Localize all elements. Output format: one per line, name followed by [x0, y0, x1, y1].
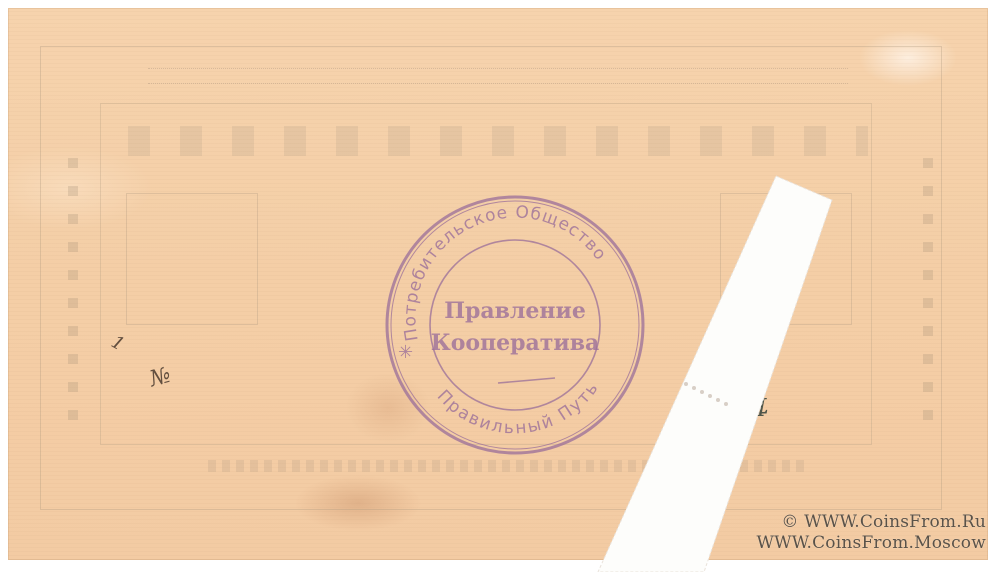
faded-side-border-left	[68, 158, 78, 438]
stamp-center-line-2: Кооператива	[431, 330, 600, 356]
handwritten-serial-mark: Ѣ3	[735, 392, 769, 420]
stamp-outer-text-bottom: Правильный Путь	[433, 378, 603, 439]
faded-denomination-box-left	[126, 193, 258, 325]
stamp-star-icon: ✳	[398, 342, 413, 363]
faded-footer-text	[208, 460, 808, 472]
watermark-line-1: © WWW.CoinsFrom.Ru	[756, 512, 986, 533]
faded-side-border-right	[923, 158, 933, 438]
faded-denomination-box-right	[720, 193, 852, 325]
stamp-center-line-1: Правление	[444, 298, 586, 324]
watermark-line-2: WWW.CoinsFrom.Moscow	[756, 533, 986, 554]
copyright-watermark: © WWW.CoinsFrom.Ru WWW.CoinsFrom.Moscow	[756, 512, 986, 554]
cooperative-stamp: Потребительское Общество Правильный Путь…	[380, 190, 650, 460]
faded-header-band	[148, 68, 848, 84]
